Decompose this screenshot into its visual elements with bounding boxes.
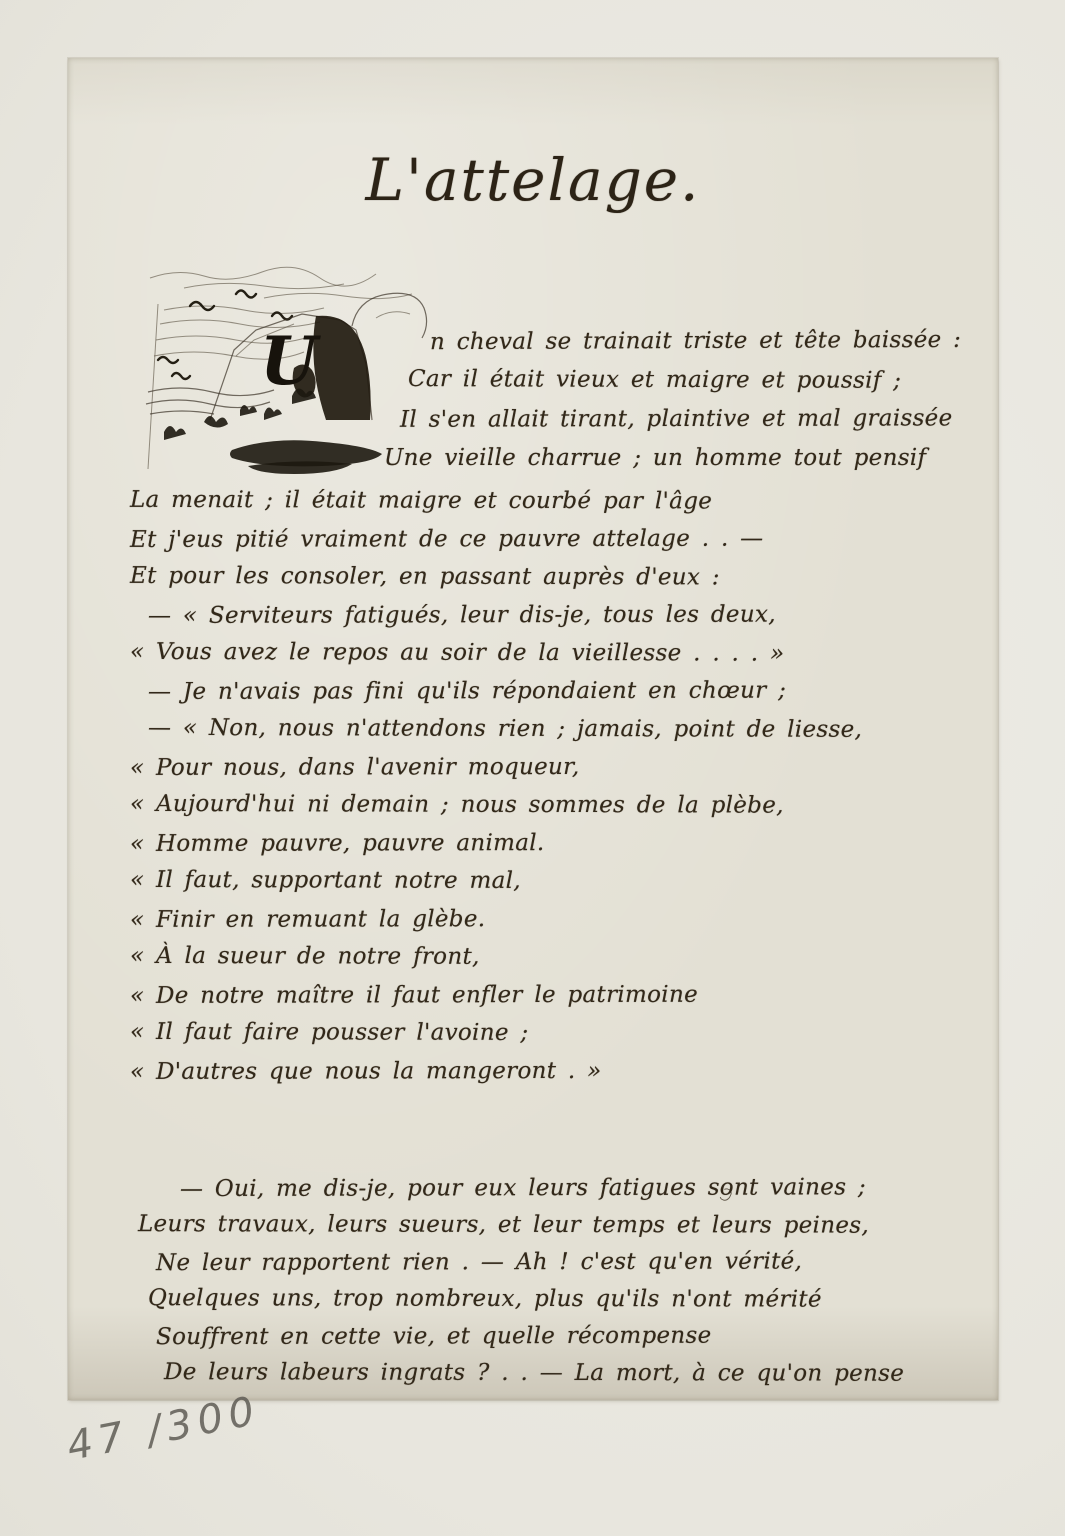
poem-line: n cheval se trainait triste et tête bais… [430,321,961,362]
poem-line: « Il faut, supportant notre mal, [130,861,990,901]
poem-line: « À la sueur de notre front, [130,937,990,977]
poem-line: « Homme pauvre, pauvre animal. [130,823,990,863]
poem-line: Une vieille charrue ; un homme tout pens… [384,439,961,478]
poem-line: « Aujourd'hui ni demain ; nous sommes de… [130,785,990,825]
poem-line: Ne leur rapportent rien . — Ah ! c'est q… [156,1243,992,1282]
poem-line: — Oui, me dis-je, pour eux leurs fatigue… [180,1169,992,1208]
initial-letter: U [260,322,321,400]
poem-line: Et pour les consoler, en passant auprès … [130,557,990,597]
poem-line: « Finir en remuant la glèbe. [130,899,990,939]
poem-line: « Pour nous, dans l'avenir moqueur, [130,747,990,787]
poem-opening-stanza: n cheval se trainait triste et tête bais… [384,322,961,478]
poem-line: « Vous avez le repos au soir de la vieil… [130,633,990,673]
poem-line: « De notre maître il faut enfler le patr… [130,975,990,1015]
poem-line: La menait ; il était maigre et courbé pa… [130,481,990,521]
poem-line: Leurs travaux, leurs sueurs, et leur tem… [138,1206,992,1245]
poem-line: « Il faut faire pousser l'avoine ; [130,1013,990,1053]
poem-line: Car il était vieux et maigre et poussif … [408,360,961,401]
poem-line: — « Non, nous n'attendons rien ; jamais,… [148,709,990,749]
etching-plate-area: L'attelage. [68,58,998,1400]
poem-line: — « Serviteurs fatigués, leur dis-je, to… [148,595,990,635]
poem-line: De leurs labeurs ingrats ? . . — La mort… [164,1354,992,1393]
poem-line: Il s'en allait tirant, plaintive et mal … [400,399,961,439]
poem-line: — Je n'avais pas fini qu'ils répondaient… [148,671,990,711]
poem-main-stanza: La menait ; il était maigre et courbé pa… [130,482,990,1090]
artwork-title: L'attelage. [68,146,998,214]
print-paper-sheet: L'attelage. [0,0,1065,1536]
poem-line: Quelques uns, trop nombreux, plus qu'ils… [148,1280,992,1319]
poem-line: Souffrent en cette vie, et quelle récomp… [156,1317,992,1356]
poem-closing-stanza: — Oui, me dis-je, pour eux leurs fatigue… [130,1170,992,1392]
poem-line: Et j'eus pitié vraiment de ce pauvre att… [130,519,990,559]
poem-line: « D'autres que nous la mangeront . » [130,1051,990,1091]
